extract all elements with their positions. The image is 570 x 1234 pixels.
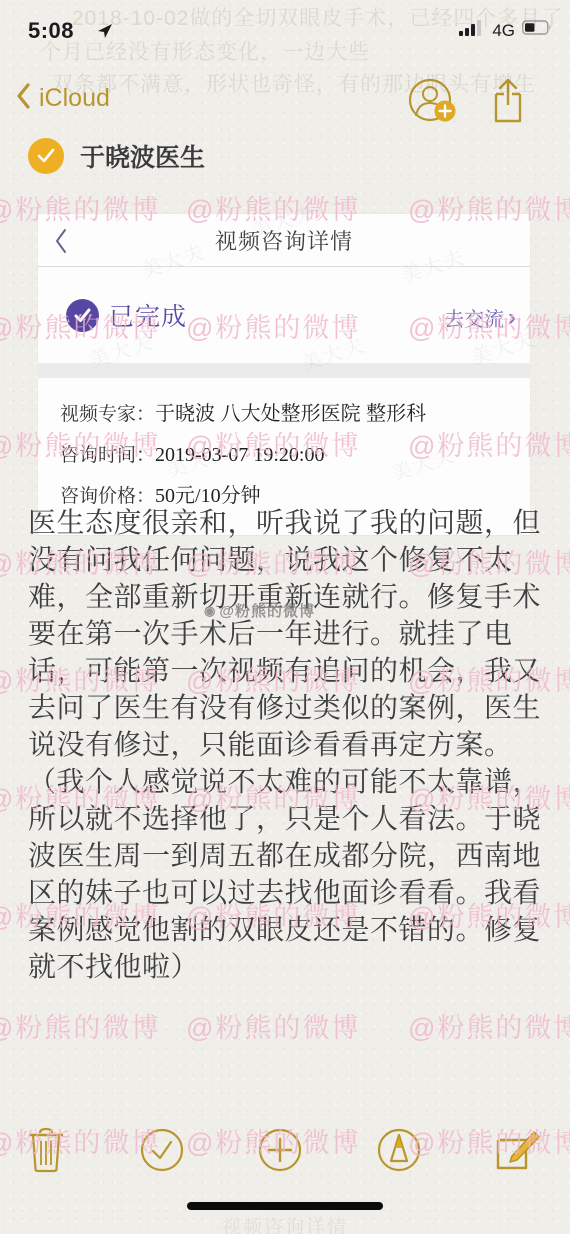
weibo-gray-watermark: ◉ @粉熊的微博 [204, 600, 315, 621]
note-body-text[interactable]: 医生态度很亲和，听我说了我的问题，但 没有问我任何问题，说我这个修复不太 难，全… [28, 504, 546, 985]
time-label: 咨询时间： [60, 445, 155, 466]
ghost-bottom-text: 视频咨询详情 [0, 1212, 570, 1234]
completed-check-icon [66, 299, 99, 332]
ghost-text-line: 个月已经没有形态变化，一边大些 [40, 36, 370, 66]
weibo-logo-icon: ◉ [204, 603, 216, 619]
note-title-row: 于晓波医生 [28, 138, 205, 174]
back-chevron-icon [16, 82, 31, 115]
add-attachment-button[interactable] [257, 1127, 303, 1173]
weibo-pink-watermark: @粉熊的微博 [0, 1006, 160, 1045]
expert-value: 于晓波 八大处整形医院 整形科 [155, 403, 426, 425]
bottom-toolbar [0, 1120, 570, 1180]
ghost-text-line: 双条都不满意，形状也奇怪，有的那边眼头有增生 [52, 68, 536, 98]
checklist-button[interactable] [139, 1127, 185, 1173]
home-indicator[interactable] [187, 1202, 383, 1210]
checklist-done-icon[interactable] [28, 138, 64, 174]
note-title: 于晓波医生 [80, 138, 205, 174]
go-chat-link[interactable]: 去交流 › [444, 303, 516, 332]
weibo-pink-watermark: @粉熊的微博 [408, 1006, 570, 1045]
consultation-back-icon [54, 228, 68, 259]
expert-row: 视频专家：于晓波 八大处整形医院 整形科 [60, 394, 530, 435]
ghost-text-line: 2018-10-02做的全切双眼皮手术，已经四个多月了 [72, 2, 563, 32]
compose-note-button[interactable] [494, 1126, 544, 1174]
go-chat-label: 去交流 [444, 303, 504, 332]
expert-label: 视频专家： [60, 404, 155, 425]
weibo-pink-watermark: @粉熊的微博 [186, 1006, 360, 1045]
markup-pen-button[interactable] [376, 1127, 422, 1173]
delete-note-button[interactable] [26, 1126, 66, 1174]
time-row: 咨询时间：2019-03-07 19:20:00 [60, 435, 530, 476]
notes-app-screen: 2018-10-02做的全切双眼皮手术，已经四个多月了个月已经没有形态变化，一边… [0, 0, 570, 1234]
go-chat-chevron-icon: › [508, 308, 516, 328]
weibo-gray-watermark-text: @粉熊的微博 [219, 600, 315, 621]
